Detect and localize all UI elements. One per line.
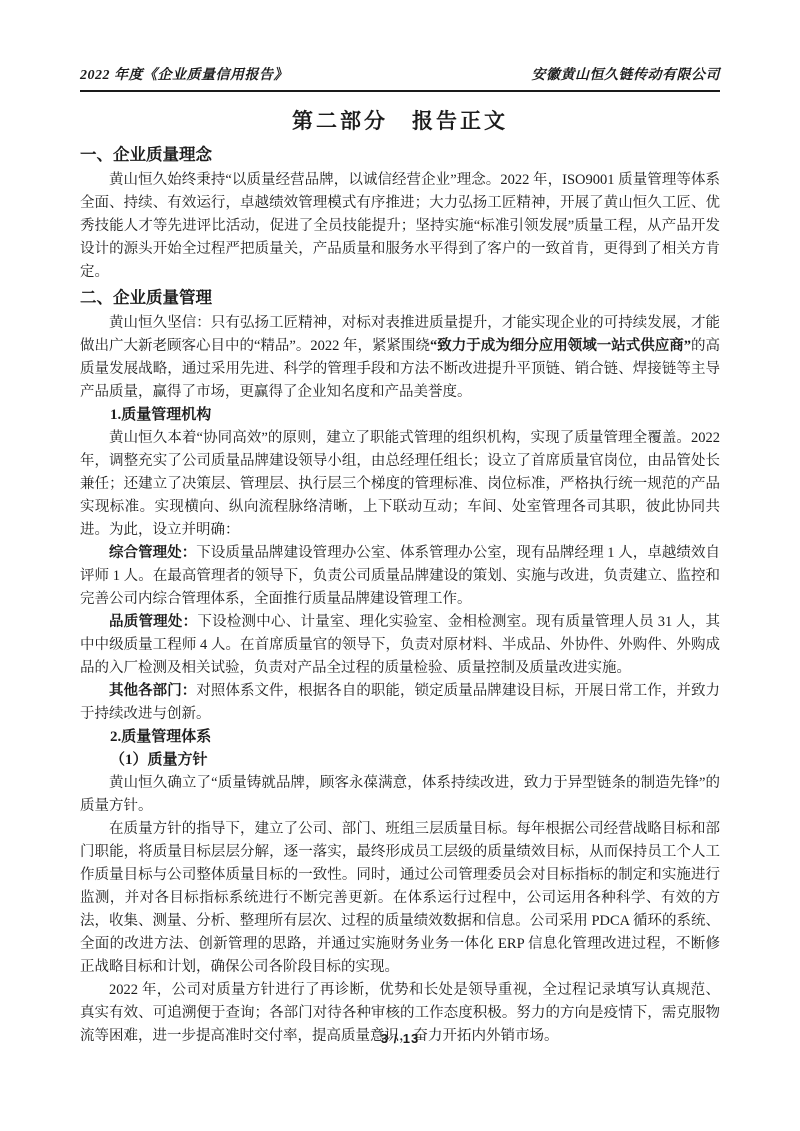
quality-policy-paragraph-2: 在质量方针的指导下，建立了公司、部门、班组三层质量目标。每年根据公司经营战略目标… <box>80 818 720 979</box>
department-label: 综合管理处： <box>109 545 196 561</box>
section-1-heading: 一、企业质量理念 <box>80 144 720 167</box>
subsection-1-paragraph: 黄山恒久本着“协同高效”的原则，建立了职能式管理的组织机构，实现了质量管理全覆盖… <box>80 427 720 542</box>
department-label: 其他各部门： <box>109 683 196 699</box>
quality-policy-heading: （1）质量方针 <box>80 749 720 772</box>
section-1-paragraph: 黄山恒久始终秉持“以质量经营品牌，以诚信经营企业”理念。2022 年，ISO90… <box>80 169 720 284</box>
department-label: 品质管理处： <box>109 614 197 630</box>
section-2-heading: 二、企业质量管理 <box>80 287 720 310</box>
document-page: 2022 年度《企业质量信用报告》 安徽黄山恒久链传动有限公司 第二部分 报告正… <box>0 0 800 1131</box>
running-header: 2022 年度《企业质量信用报告》 安徽黄山恒久链传动有限公司 <box>80 64 720 92</box>
section-2-paragraph-bold-strategy: “致力于成为细分应用领域一站式供应商” <box>430 338 691 354</box>
page-content: 2022 年度《企业质量信用报告》 安徽黄山恒久链传动有限公司 第二部分 报告正… <box>80 64 720 1048</box>
page-title: 第二部分 报告正文 <box>80 105 720 135</box>
subsection-2-heading: 2.质量管理体系 <box>80 726 720 749</box>
quality-policy-paragraph-1: 黄山恒久确立了“质量铸就品牌，顾客永葆满意，体系持续改进，致力于异型链条的制造先… <box>80 772 720 818</box>
header-report-name: 2022 年度《企业质量信用报告》 <box>80 64 288 84</box>
section-2-paragraph: 黄山恒久坚信：只有弘扬工匠精神，对标对表推进质量提升，才能实现企业的可持续发展，… <box>80 312 720 404</box>
department-paragraph-other: 其他各部门：对照体系文件，根据各自的职能，锁定质量品牌建设目标，开展日常工作，并… <box>80 680 720 726</box>
department-paragraph-quality-control: 品质管理处：下设检测中心、计量室、理化实验室、金相检测室。现有质量管理人员 31… <box>80 611 720 680</box>
department-paragraph-general-admin: 综合管理处：下设质量品牌建设管理办公室、体系管理办公室，现有品牌经理 1 人，卓… <box>80 542 720 611</box>
header-company-name: 安徽黄山恒久链传动有限公司 <box>532 64 721 84</box>
subsection-1-heading: 1.质量管理机构 <box>80 404 720 427</box>
page-number: 3 / 13 <box>0 1031 800 1046</box>
